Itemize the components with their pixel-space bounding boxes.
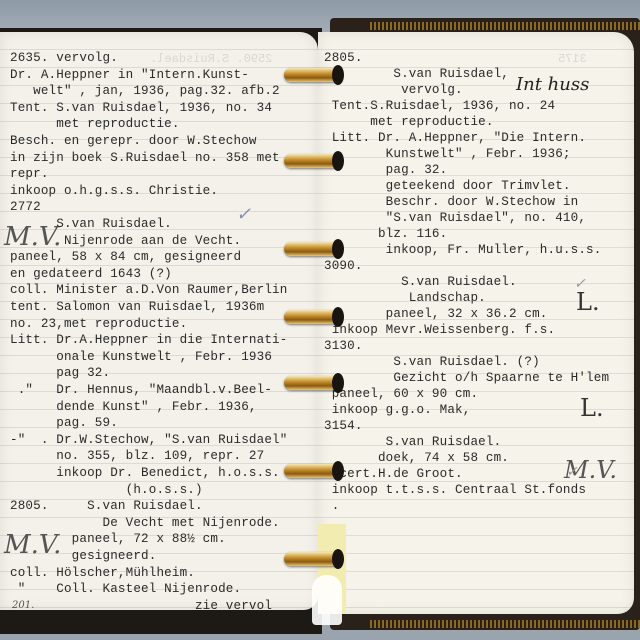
typed-line: (h.o.s.s.) (10, 482, 203, 498)
folded-card-tab (312, 575, 342, 625)
binder-ring (284, 154, 340, 168)
typed-line: paneel, 58 x 84 cm, gesigneerd (10, 249, 241, 265)
typed-line: inkoop Mevr.Weissenberg. f.s. (324, 322, 555, 338)
typed-line: blz. 116. (324, 226, 447, 242)
typed-line: S.van Ruisdael. (324, 274, 517, 290)
typed-line: met reproductie. (10, 116, 180, 132)
binder-ring (284, 68, 340, 82)
typed-line: paneel, 72 x 88½ cm. (10, 531, 226, 547)
bleed-through-text: 2590. S.Ruisdael. (150, 52, 272, 66)
typed-line: zie vervol (10, 598, 272, 614)
typed-line: Litt. Dr.A.Heppner in die Internati- (10, 332, 287, 348)
typed-line: Litt. Dr. A.Heppner, "Die Intern. (324, 130, 586, 146)
binder-ring (284, 310, 340, 324)
typed-line: ." Dr. Hennus, "Maandbl.v.Beel- (10, 382, 272, 398)
binder-ring (284, 376, 340, 390)
typed-line: coll. Minister a.D.Von Raumer,Berlin (10, 282, 287, 298)
binder-ring (284, 242, 340, 256)
typed-line: met reproductie. (324, 114, 494, 130)
typed-line: welt" , jan, 1936, pag.32. afb.2 (10, 83, 280, 99)
typed-line: dende Kunst" , Febr. 1936, (10, 399, 257, 415)
binder-spine-top (370, 22, 640, 30)
typed-line: "S.van Ruisdael", no. 410, (324, 210, 586, 226)
typed-line: 3130. (324, 338, 363, 354)
typed-line: 2805. S.van Ruisdael. (10, 498, 203, 514)
typed-line: no. 355, blz. 109, repr. 27 (10, 448, 264, 464)
right-page: 3175 Int huss L. L. M.V. ✓ ✓ 2805. S.van… (318, 32, 634, 614)
binder-ring (284, 464, 340, 478)
typed-line: inkoop t.t.s.s. Centraal St.fonds (324, 482, 586, 498)
typed-line: S.van Ruisdael. (324, 434, 501, 450)
typed-line: no. 23,met reproductie. (10, 316, 187, 332)
typed-line: tent. Salomon van Ruisdael, 1936m (10, 299, 264, 315)
typed-line: coll. Hölscher,Mühlheim. (10, 565, 195, 581)
typed-line: in zijn boek S.Ruisdael no. 358 met (10, 150, 280, 166)
typed-line: -" . Dr.W.Stechow, "S.van Ruisdael" (10, 432, 287, 448)
typed-line: inkoop Dr. Benedict, h.o.s.s. (10, 465, 280, 481)
typed-line: Tent. S.van Ruisdael, 1936, no. 34 (10, 100, 272, 116)
typed-line: onale Kunstwelt , Febr. 1936 (10, 349, 272, 365)
typed-line: Besch. en gerepr. door W.Stechow (10, 133, 257, 149)
handwritten-top-note: Int huss (516, 74, 589, 95)
typed-line: S.van Ruisdael, (324, 66, 509, 82)
typed-line: Nijenrode aan de Vecht. (10, 233, 241, 249)
typed-line: 2805. (324, 50, 363, 66)
typed-line: doek, 74 x 58 cm. (324, 450, 509, 466)
typed-line: S.van Ruisdael. (10, 216, 172, 232)
typed-line: gesigneerd. (10, 548, 156, 564)
typed-line: 3154. (324, 418, 363, 434)
typed-line: . (324, 498, 339, 514)
typed-line: 2635. vervolg. (10, 50, 118, 66)
typed-line: cert.H.de Groot. (324, 466, 463, 482)
left-page: 2590. S.Ruisdael. M.V. M.V. 201. ✓ 2635.… (0, 32, 318, 610)
typed-line: Beschr. door W.Stechow in (324, 194, 578, 210)
typed-line: 3090. (324, 258, 363, 274)
typed-line: paneel, 32 x 36.2 cm. (324, 306, 548, 322)
typed-line: " Coll. Kasteel Nijenrode. (10, 581, 241, 597)
typed-line: vervolg. (324, 82, 463, 98)
binder-spine-bottom (370, 620, 640, 628)
handwritten-mark-l-2: L. (580, 394, 604, 422)
typed-line: repr. (10, 166, 49, 182)
check-mark: ✓ (574, 276, 586, 292)
typed-line: Gezicht o/h Spaarne te H'lem (324, 370, 609, 386)
typed-line: S.van Ruisdael. (?) (324, 354, 540, 370)
typed-line: inkoop g.g.o. Mak, (324, 402, 470, 418)
typed-line: Landschap. (324, 290, 486, 306)
typed-line: pag 32. (10, 365, 110, 381)
typed-line: paneel, 60 x 90 cm. (324, 386, 478, 402)
check-mark: ✓ (236, 204, 251, 225)
bleed-through-text: 3175 (558, 52, 587, 66)
handwritten-mark-l-1: L. (576, 288, 600, 316)
check-mark: ✓ (566, 464, 578, 480)
typed-line: De Vecht met Nijenrode. (10, 515, 280, 531)
binder-ring (284, 552, 340, 566)
typed-line: Dr. A.Heppner in "Intern.Kunst- (10, 67, 249, 83)
typed-line: inkoop o.h.g.s.s. Christie. (10, 183, 218, 199)
typed-line: inkoop, Fr. Muller, h.u.s.s. (324, 242, 601, 258)
typed-line: en gedateerd 1643 (?) (10, 266, 172, 282)
typed-line: 2772 (10, 199, 41, 215)
typed-line: Tent.S.Ruisdael, 1936, no. 24 (324, 98, 555, 114)
typed-line: geteekend door Trimvlet. (324, 178, 571, 194)
typed-line: pag. 59. (10, 415, 118, 431)
typed-line: Kunstwelt" , Febr. 1936; (324, 146, 571, 162)
